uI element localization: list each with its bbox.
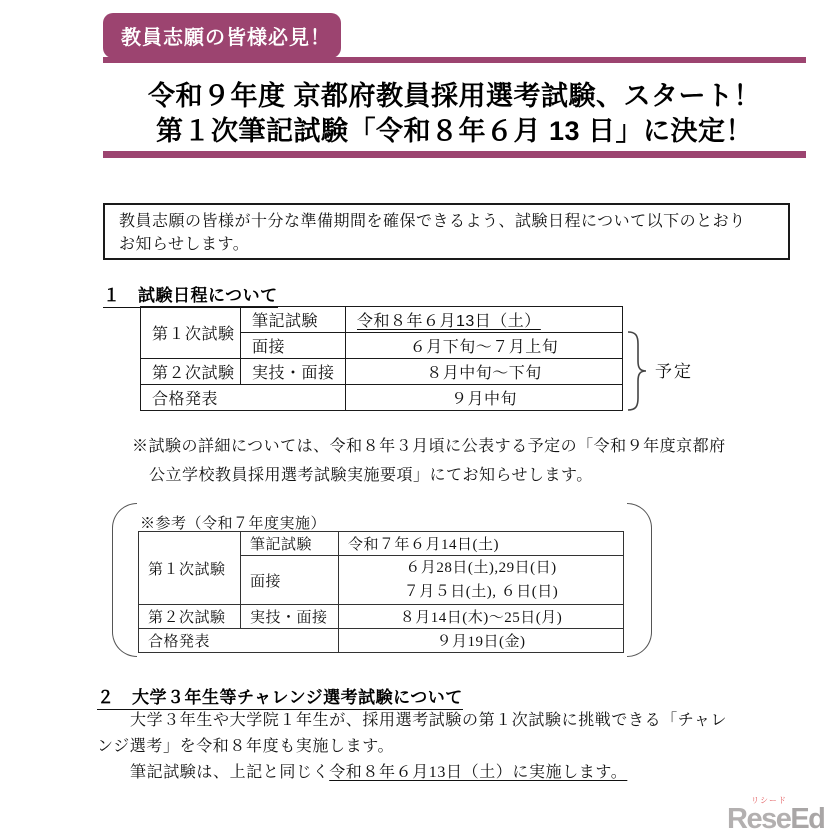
- cell-interview-label: 面接: [241, 333, 346, 359]
- reference-label: ※参考（令和７年度実施）: [140, 512, 326, 533]
- schedule-table: 第１次試験 筆記試験 令和８年６月13日（土） 面接 ６月下旬～７月上旬 第２次…: [140, 306, 623, 411]
- planned-label: 予定: [655, 357, 693, 382]
- cell-announce-label: 合格発表: [141, 385, 346, 411]
- attention-badge-label: 教員志願の皆様必見！: [121, 21, 331, 50]
- schedule-note-line2: 公立学校教員採用選考試験実施要項」にてお知らせします。: [132, 461, 726, 490]
- reseed-logo: リシード ReseEd: [727, 796, 826, 834]
- table-row: 第１次試験 筆記試験 令和７年６月14日(土): [139, 532, 624, 556]
- ref-cell-written-date: 令和７年６月14日(土): [339, 532, 624, 556]
- cell-interview-date: ６月下旬～７月上旬: [346, 333, 623, 359]
- cell-written-date: 令和８年６月13日（土）: [346, 307, 623, 333]
- table-row: 第２次試験 実技・面接 ８月14日(木)～25日(月): [139, 605, 624, 629]
- page-title-line1: 令和９年度 京都府教員採用選考試験、スタート！: [103, 79, 806, 114]
- table-row: 合格発表 ９月中旬: [141, 385, 623, 411]
- right-parenthesis-shape: [627, 503, 652, 657]
- ref-cell-practical-date: ８月14日(木)～25日(月): [339, 605, 624, 629]
- section2-body: 大学３年生や大学院１年生が、採用選考試験の第１次試験に挑戦できる「チャレ ンジ選…: [97, 708, 777, 786]
- cell-second-exam: 第２次試験: [141, 359, 241, 385]
- ref-cell-interview-label: 面接: [241, 556, 339, 605]
- ref-cell-first-exam: 第１次試験: [139, 532, 241, 605]
- section2-para2: 筆記試験は、上記と同じく令和８年６月13日（土）に実施します。: [97, 760, 777, 786]
- section2-para1-line1: 大学３年生や大学院１年生が、採用選考試験の第１次試験に挑戦できる「チャレ: [97, 708, 777, 734]
- accent-bar-bottom: [103, 151, 806, 158]
- table-row: 合格発表 ９月19日(金): [139, 629, 624, 653]
- page-title: 令和９年度 京都府教員採用選考試験、スタート！ 第１次筆記試験「令和８年６月 1…: [103, 79, 806, 149]
- section2-para1-line2: ンジ選考」を令和８年度も実施します。: [97, 734, 777, 760]
- ref-cell-written-label: 筆記試験: [241, 532, 339, 556]
- reseed-logo-main: Rese: [727, 803, 790, 834]
- reseed-logo-sub: Ed: [790, 803, 824, 834]
- table-row: 第１次試験 筆記試験 令和８年６月13日（土）: [141, 307, 623, 333]
- notice-line2: お知らせします。: [119, 233, 774, 256]
- reference-table: 第１次試験 筆記試験 令和７年６月14日(土) 面接 ６月28日(土),29日(…: [138, 531, 624, 653]
- cell-practical-label: 実技・面接: [241, 359, 346, 385]
- ref-cell-announce-date: ９月19日(金): [339, 629, 624, 653]
- ref-interview-date1: ６月28日(土),29日(日): [339, 556, 623, 580]
- accent-bar-top: [103, 57, 806, 63]
- section1-heading: １ 試験日程について: [103, 281, 278, 308]
- ref-cell-announce-label: 合格発表: [139, 629, 339, 653]
- section2-heading: ２ 大学３年生等チャレンジ選考試験について: [97, 683, 463, 710]
- flyer-page: 教員志願の皆様必見！ 令和９年度 京都府教員採用選考試験、スタート！ 第１次筆記…: [0, 0, 826, 834]
- schedule-note: ※試験の詳細については、令和８年３月頃に公表する予定の「令和９年度京都府 公立学…: [132, 432, 726, 490]
- ref-cell-practical-label: 実技・面接: [241, 605, 339, 629]
- reference-box: ※参考（令和７年度実施） 第１次試験 筆記試験 令和７年６月14日(土) 面接 …: [112, 503, 652, 657]
- brace-icon: [626, 331, 648, 411]
- cell-announce-date: ９月中旬: [346, 385, 623, 411]
- ref-cell-second-exam: 第２次試験: [139, 605, 241, 629]
- notice-box: 教員志願の皆様が十分な準備期間を確保できるよう、試験日程について以下のとおり お…: [103, 203, 790, 260]
- cell-practical-date: ８月中旬～下旬: [346, 359, 623, 385]
- ref-cell-interview-dates: ６月28日(土),29日(日) ７月５日(土), ６日(日): [339, 556, 624, 605]
- attention-badge: 教員志願の皆様必見！: [103, 13, 341, 58]
- page-title-line2: 第１次筆記試験「令和８年６月 13 日」に決定！: [103, 114, 806, 149]
- left-parenthesis-shape: [112, 503, 137, 657]
- reseed-logo-letters: ReseEd: [727, 803, 824, 834]
- cell-first-exam: 第１次試験: [141, 307, 241, 359]
- schedule-note-line1: ※試験の詳細については、令和８年３月頃に公表する予定の「令和９年度京都府: [132, 432, 726, 461]
- ref-interview-date2: ７月５日(土), ６日(日): [339, 580, 623, 604]
- section2-para2-underlined: 令和８年６月13日（土）に実施します。: [329, 764, 627, 781]
- cell-written-label: 筆記試験: [241, 307, 346, 333]
- section2-para2-prefix: 筆記試験は、上記と同じく: [130, 764, 329, 781]
- table-row: 第２次試験 実技・面接 ８月中旬～下旬: [141, 359, 623, 385]
- notice-line1: 教員志願の皆様が十分な準備期間を確保できるよう、試験日程について以下のとおり: [119, 210, 774, 233]
- written-date-underlined: 令和８年６月13日（土）: [357, 313, 541, 330]
